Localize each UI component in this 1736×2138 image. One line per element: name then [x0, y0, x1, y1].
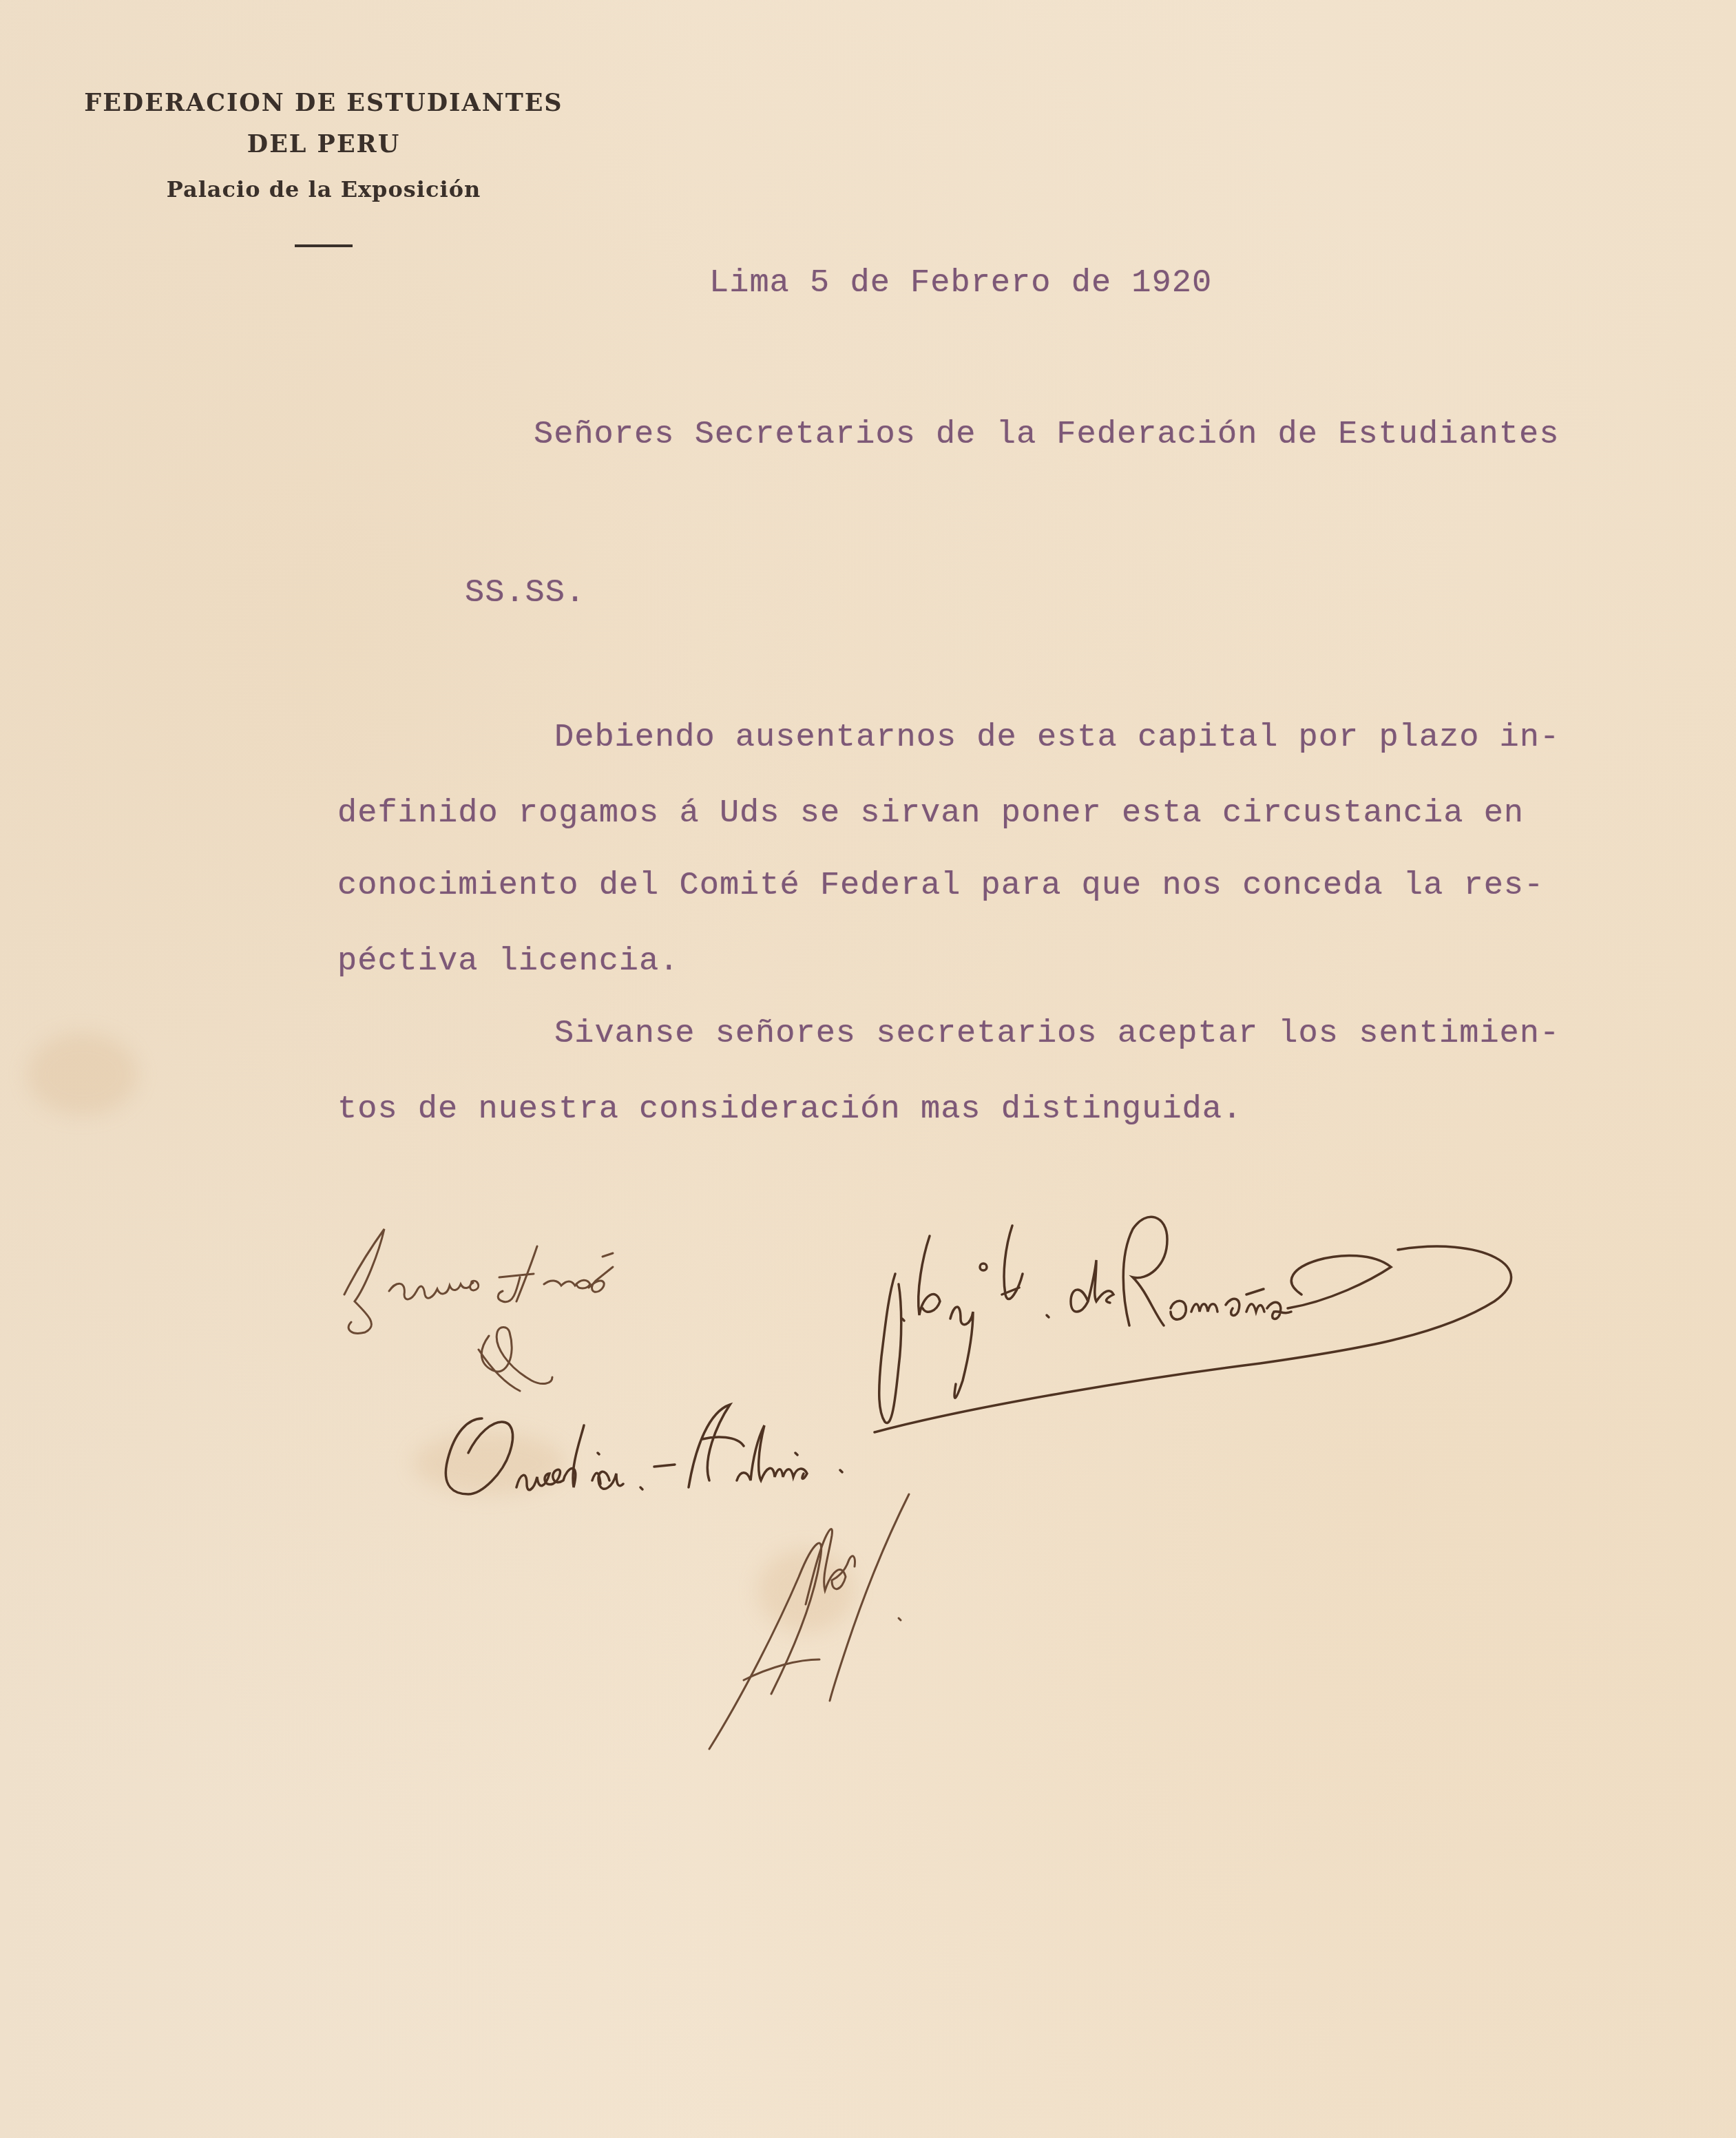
- paper-stain: [28, 1033, 138, 1115]
- body-line: Debiendo ausentarnos de esta capital por…: [554, 720, 1560, 756]
- signature-stroke: [337, 1226, 764, 1391]
- body-line: definido rogamos á Uds se sirvan poner e…: [337, 795, 1524, 832]
- body-line: conocimiento del Comité Federal para que…: [337, 868, 1544, 904]
- letter-page: FEDERACION DE ESTUDIANTES DEL PERU Palac…: [0, 0, 1736, 2138]
- rubric-stroke: [689, 1487, 1171, 1763]
- letter-salutation: Señores Secretarios de la Federación de …: [534, 417, 1559, 453]
- signature-mauricio-flores: Mauricio Flores: [337, 1226, 764, 1391]
- letterhead: FEDERACION DE ESTUDIANTES DEL PERU Palac…: [28, 83, 620, 247]
- letterhead-country: DEL PERU: [28, 124, 620, 165]
- letterhead-address: Palacio de la Exposición: [28, 165, 620, 213]
- letterhead-divider: [295, 244, 353, 247]
- body-line: péctiva licencia.: [337, 943, 679, 980]
- letter-address-abbrev: SS.SS.: [465, 575, 585, 611]
- letter-date: Lima 5 de Febrero de 1920: [709, 265, 1212, 302]
- signature-rubric: Pedroso: [689, 1487, 1171, 1763]
- letterhead-organization: FEDERACION DE ESTUDIANTES: [28, 83, 620, 124]
- body-line: tos de nuestra consideración mas disting…: [337, 1091, 1242, 1128]
- body-line: Sivanse señores secretarios aceptar los …: [554, 1016, 1560, 1052]
